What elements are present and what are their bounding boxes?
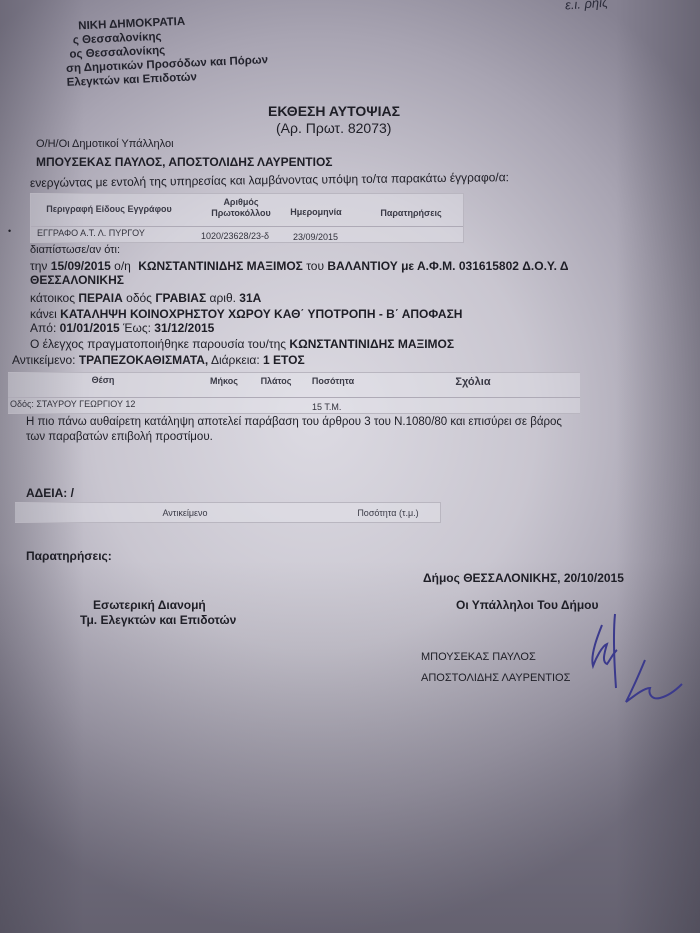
- row-divider: [8, 397, 580, 398]
- duration-value: 1 ΕΤΟΣ: [263, 353, 305, 367]
- address-line: κάτοικος ΠΕΡΑΙΑ οδός ΓΡΑΒΙΑΣ αριθ. 31Α: [30, 291, 261, 305]
- street: ΓΡΑΒΙΑΣ: [155, 291, 206, 305]
- from-date: 01/01/2015: [60, 321, 120, 335]
- doy-value: Δ.Ο.Υ. Δ: [522, 259, 568, 273]
- documents-table: Περιγραφή Είδους Εγγράφου Αριθμός Πρωτοκ…: [30, 193, 464, 243]
- col-header: Ποσότητα (τ.μ.): [343, 508, 433, 518]
- col-header: Σχόλια: [438, 376, 508, 388]
- handwritten-note: ε.ι. ρηιζ: [565, 0, 609, 12]
- internal-distribution: Εσωτερική Διανομή: [93, 598, 206, 612]
- afm-value: 031615802: [459, 259, 519, 273]
- employees-label: Ο/Η/Οι Δημοτικοί Υπάλληλοι: [36, 138, 174, 150]
- text: την: [30, 259, 47, 273]
- doy-city: ΘΕΣΣΑΛΟΝΙΚΗΣ: [30, 273, 124, 287]
- finding-line-1: την 15/09/2015 ο/η ΚΩΝΣΤΑΝΤΙΝΙΔΗΣ ΜΑΞΙΜΟ…: [30, 259, 568, 273]
- period-line: Από: 01/01/2015 Έως: 31/12/2015: [30, 321, 214, 335]
- object-value: ΤΡΑΠΕΖΟΚΑΘΙΣΜΑΤΑ,: [79, 353, 208, 367]
- table-cell: 15 Τ.Μ.: [312, 402, 341, 412]
- signatory-1: ΜΠΟΥΣΕΚΑΣ ΠΑΥΛΟΣ: [421, 651, 536, 663]
- text: οδός: [126, 291, 152, 305]
- letterhead: ΝΙΚΗ ΔΗΜΟΚΡΑΤΙΑ ς Θεσσαλονίκης ος Θεσσαλ…: [64, 11, 269, 90]
- text: Από:: [30, 321, 56, 335]
- document-title: ΕΚΘΕΣΗ ΑΥΤΟΨΙΑΣ: [268, 103, 400, 119]
- found-label: διαπίστωσε/αν ότι:: [30, 244, 120, 256]
- text: κάνει: [30, 307, 57, 321]
- text: ο/η: [114, 259, 131, 273]
- text: κάτοικος: [30, 291, 75, 305]
- table-cell: Οδός: ΣΤΑΥΡΟΥ ΓΕΩΡΓΙΟΥ 12: [10, 399, 135, 409]
- violation-text-line-2: των παραβατών επιβολή προστίμου.: [26, 431, 213, 443]
- handwritten-signature-icon: [580, 610, 700, 720]
- col-header-text: Αριθμός Πρωτοκόλλου: [211, 197, 271, 218]
- table-cell: ΕΓΓΡΑΦΟ Α.Τ. Λ. ΠΥΡΓΟΥ: [37, 228, 145, 238]
- afm-label: με Α.Φ.Μ.: [401, 259, 455, 273]
- col-header: Αντικείμενο: [135, 508, 235, 518]
- permit-label: ΑΔΕΙΑ: /: [26, 486, 74, 500]
- col-header: Περιγραφή Είδους Εγγράφου: [39, 204, 179, 214]
- employees-title: Οι Υπάλληλοι Του Δήμου: [456, 598, 598, 612]
- violation-type: ΚΑΤΑΛΗΨΗ ΚΟΙΝΟΧΡΗΣΤΟΥ ΧΩΡΟΥ ΚΑΘ΄ ΥΠΟΤΡΟΠ…: [60, 307, 462, 321]
- department: Τμ. Ελεγκτών και Επιδοτών: [80, 613, 236, 627]
- presence-name: ΚΩΝΣΤΑΝΤΙΝΙΔΗΣ ΜΑΞΙΜΟΣ: [289, 337, 454, 351]
- violation-text-line-1: Η πιο πάνω αυθαίρετη κατάληψη αποτελεί π…: [26, 416, 562, 428]
- acting-text: ενεργώντας με εντολή της υπηρεσίας και λ…: [30, 170, 509, 190]
- col-header: Ημερομηνία: [281, 207, 351, 217]
- finding-date: 15/09/2015: [51, 259, 111, 273]
- father-name: ΒΑΛΑΝΤΙΟΥ: [327, 259, 397, 273]
- street-number: 31Α: [239, 291, 261, 305]
- col-header: Μήκος: [204, 376, 244, 386]
- text: Διάρκεια:: [211, 353, 260, 367]
- bullet-mark: •: [8, 226, 11, 236]
- permit-table: Αντικείμενο Ποσότητα (τ.μ.): [15, 502, 441, 523]
- city: ΠΕΡΑΙΑ: [78, 291, 122, 305]
- violation-line: κάνει ΚΑΤΑΛΗΨΗ ΚΟΙΝΟΧΡΗΣΤΟΥ ΧΩΡΟΥ ΚΑΘ΄ Υ…: [30, 307, 462, 321]
- col-header: Ποσότητα: [308, 376, 358, 386]
- row-divider: [31, 226, 463, 227]
- text: Αντικείμενο:: [12, 353, 75, 367]
- offender-name: ΚΩΝΣΤΑΝΤΙΝΙΔΗΣ ΜΑΞΙΜΟΣ: [138, 259, 303, 273]
- employees-names: ΜΠΟΥΣΕΚΑΣ ΠΑΥΛΟΣ, ΑΠΟΣΤΟΛΙΔΗΣ ΛΑΥΡΕΝΤΙΟΣ: [36, 155, 333, 169]
- table-cell: 1020/23628/23-δ: [201, 231, 269, 241]
- col-header: Πλάτος: [254, 376, 298, 386]
- to-date: 31/12/2015: [154, 321, 214, 335]
- signatory-2: ΑΠΟΣΤΟΛΙΔΗΣ ΛΑΥΡΕΝΤΙΟΣ: [421, 672, 570, 684]
- text: του: [306, 259, 324, 273]
- location-table: Θέση Μήκος Πλάτος Ποσότητα Σχόλια Οδός: …: [8, 372, 580, 414]
- table-cell: 23/09/2015: [293, 232, 338, 242]
- col-header: Παρατηρήσεις: [361, 208, 461, 218]
- protocol-number: (Αρ. Πρωτ. 82073): [276, 120, 391, 136]
- place-date: Δήμος ΘΕΣΣΑΛΟΝΙΚΗΣ, 20/10/2015: [423, 571, 624, 585]
- object-line: Αντικείμενο: ΤΡΑΠΕΖΟΚΑΘΙΣΜΑΤΑ, Διάρκεια:…: [12, 353, 305, 367]
- col-header: Αριθμός Πρωτοκόλλου: [196, 197, 286, 219]
- text: αριθ.: [210, 291, 236, 305]
- col-header: Θέση: [68, 375, 138, 385]
- text: Έως:: [123, 321, 151, 335]
- remarks-label: Παρατηρήσεις:: [26, 549, 112, 563]
- text: Ο έλεγχος πραγματοποιήθηκε παρουσία του/…: [30, 337, 286, 351]
- presence-line: Ο έλεγχος πραγματοποιήθηκε παρουσία του/…: [30, 337, 454, 351]
